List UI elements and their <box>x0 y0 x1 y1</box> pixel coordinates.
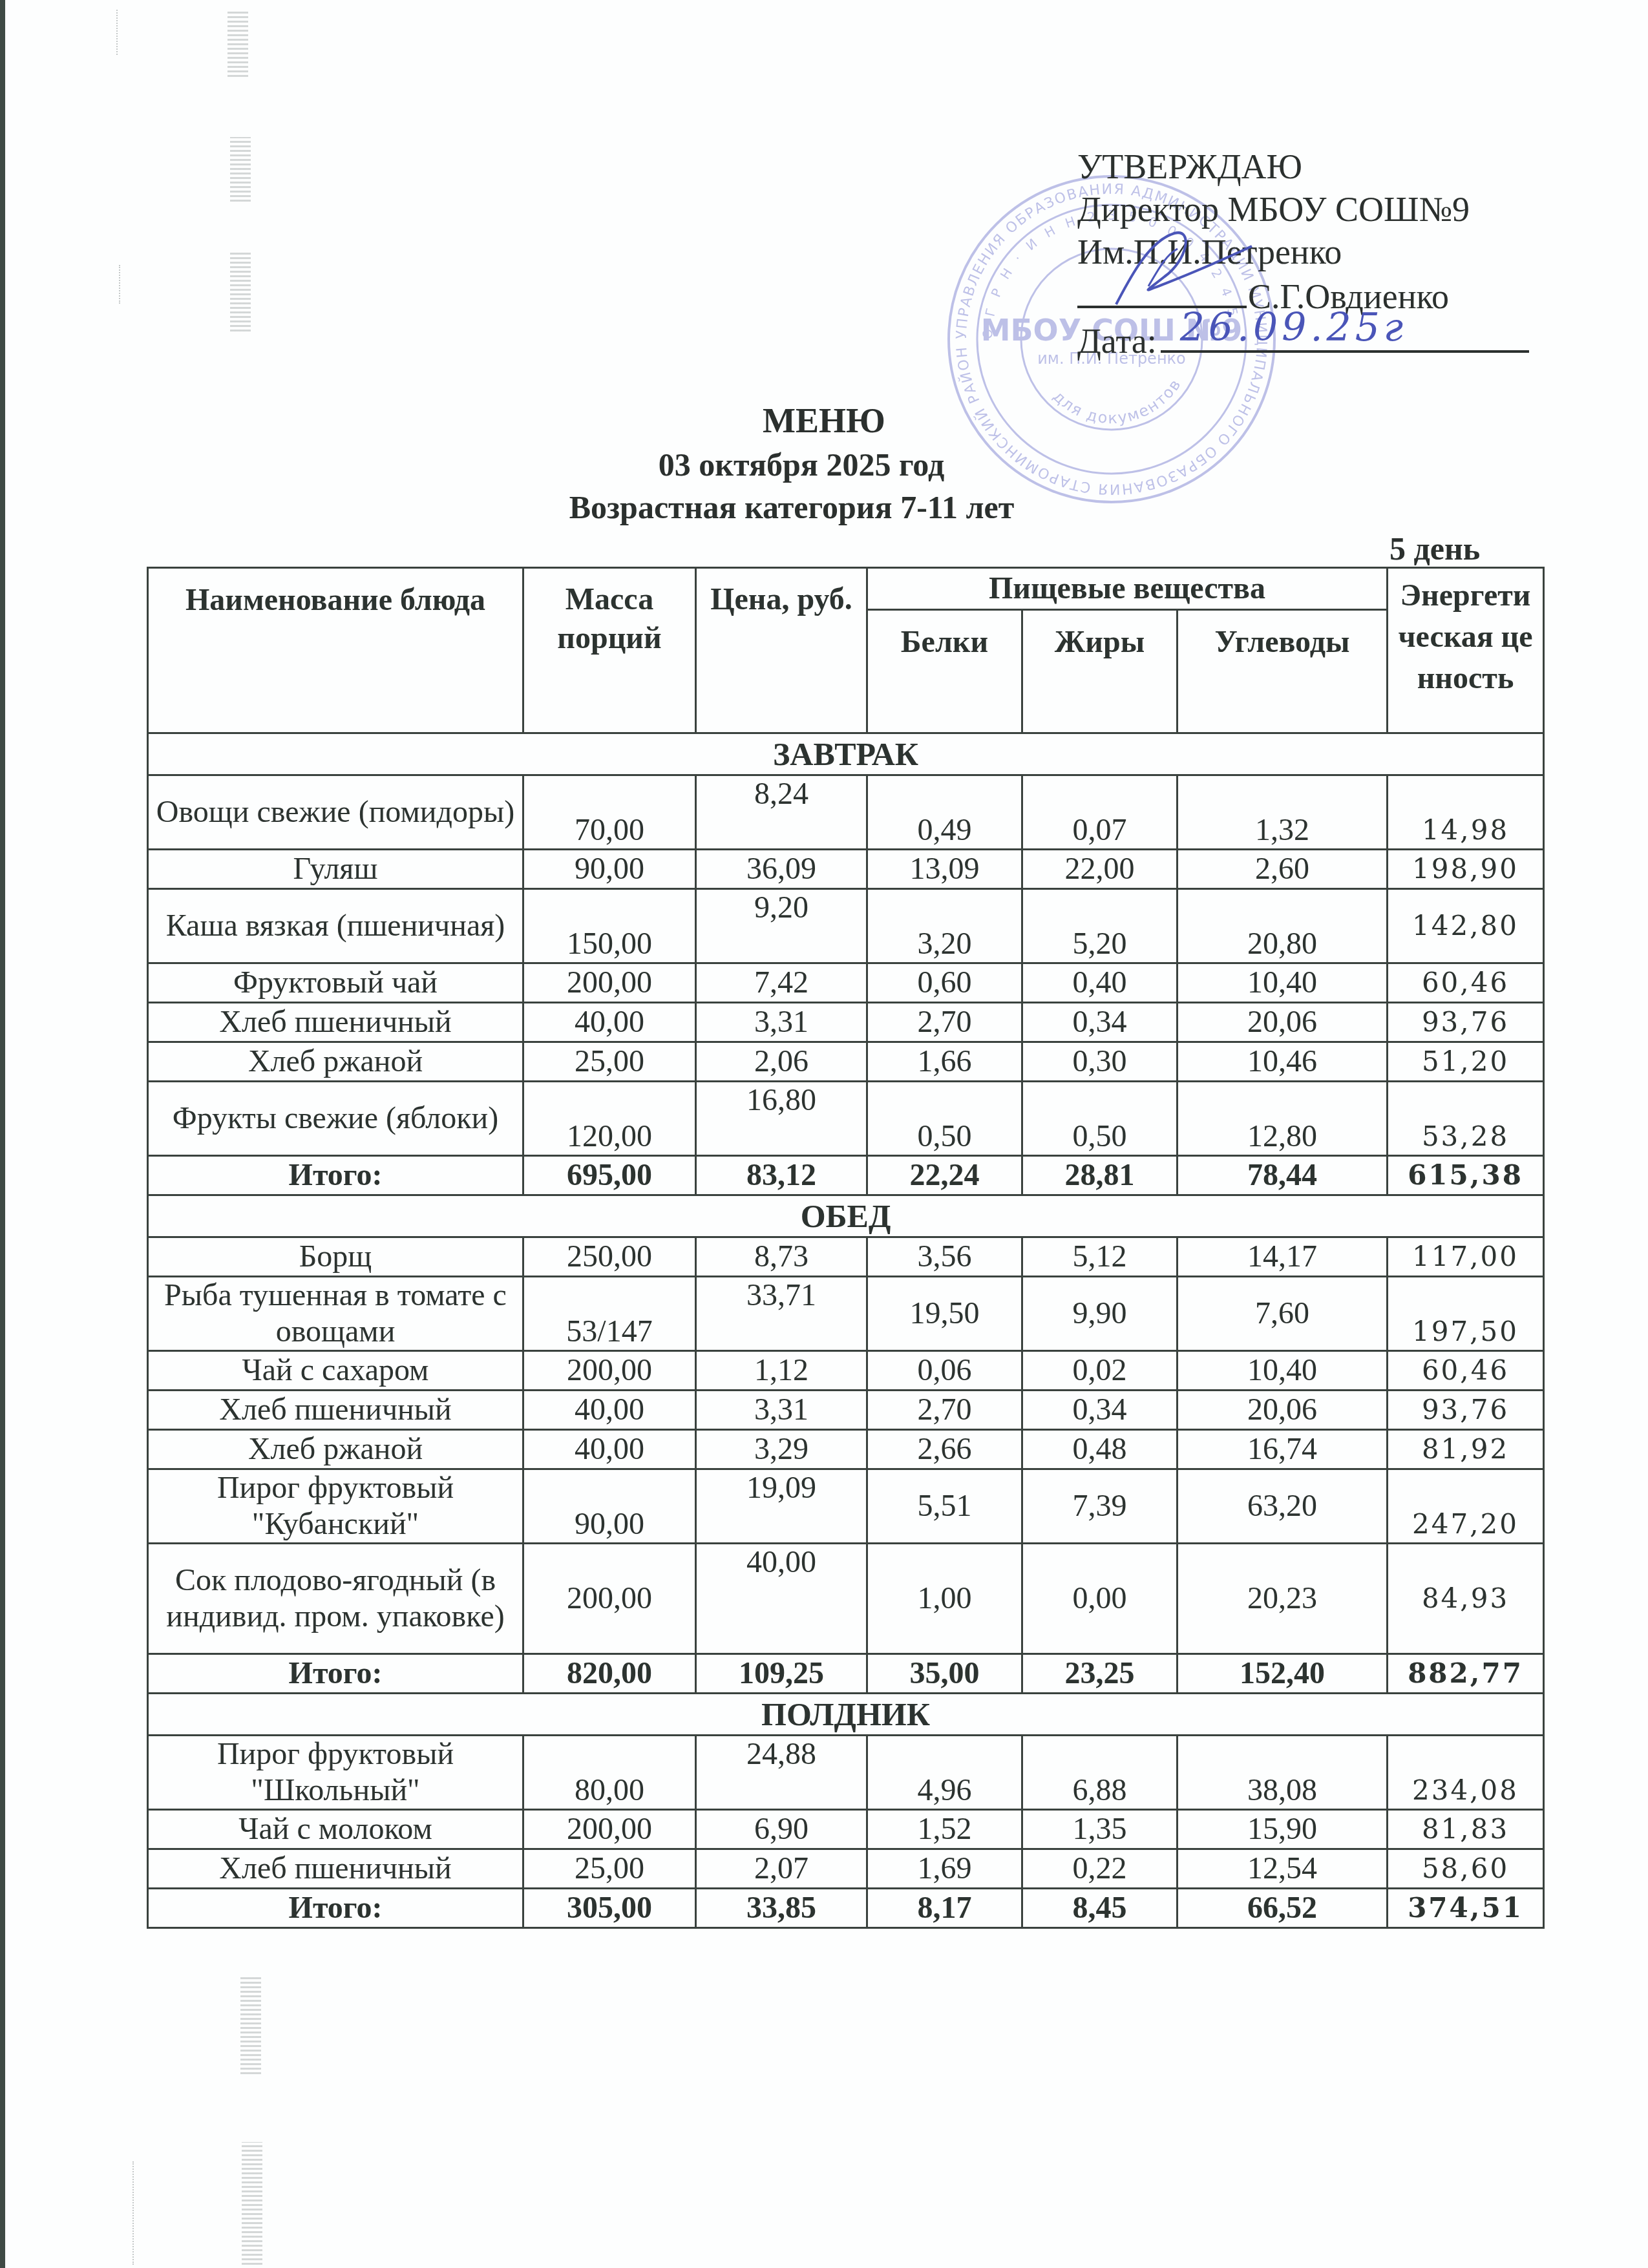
cell-carbs: 14,17 <box>1178 1237 1388 1277</box>
table-row: Борщ250,008,733,565,1214,17117,00 <box>148 1237 1544 1277</box>
cell-price: 3,31 <box>696 1391 867 1430</box>
cell-energy: 84,93 <box>1388 1544 1544 1654</box>
cell-fat: 22,00 <box>1022 850 1178 889</box>
menu-date: 03 октября 2025 год <box>659 446 944 483</box>
cell-carbs: 20,06 <box>1178 1003 1388 1042</box>
total-fat: 23,25 <box>1022 1654 1178 1694</box>
dish-name: Хлеб пшеничный <box>148 1003 523 1042</box>
dish-name: Пирог фруктовый "Кубанский" <box>148 1469 523 1544</box>
section-title: ПОЛДНИК <box>148 1694 1544 1736</box>
table-row: Сок плодово-ягодный (в индивид. пром. уп… <box>148 1544 1544 1654</box>
dish-name: Фрукты свежие (яблоки) <box>148 1082 523 1156</box>
cell-energy: 234,08 <box>1388 1736 1544 1810</box>
cell-energy: 60,46 <box>1388 963 1544 1003</box>
cell-mass: 40,00 <box>523 1430 696 1469</box>
scan-artifact <box>132 2161 160 2265</box>
cell-carbs: 20,80 <box>1178 889 1388 963</box>
section-header-row: ЗАВТРАК <box>148 733 1544 775</box>
total-carbs: 78,44 <box>1178 1156 1388 1195</box>
cell-energy: 198,90 <box>1388 850 1544 889</box>
dish-name: Гуляш <box>148 850 523 889</box>
total-carbs: 66,52 <box>1178 1889 1388 1928</box>
total-price: 83,12 <box>696 1156 867 1195</box>
dish-name: Чай с сахаром <box>148 1351 523 1391</box>
signature-line <box>1077 273 1247 308</box>
cell-price: 6,90 <box>696 1810 867 1849</box>
cell-fat: 0,40 <box>1022 963 1178 1003</box>
cell-energy: 81,83 <box>1388 1810 1544 1849</box>
dish-name: Хлеб ржаной <box>148 1042 523 1082</box>
cell-protein: 1,69 <box>867 1849 1022 1889</box>
menu-table: Наименование блюда Масса порций Цена, ру… <box>147 567 1545 1929</box>
section-title: ОБЕД <box>148 1195 1544 1237</box>
cell-protein: 2,66 <box>867 1430 1022 1469</box>
header-protein: Белки <box>867 610 1022 733</box>
total-label: Итого: <box>148 1654 523 1694</box>
approval-heading: УТВЕРЖДАЮ <box>1077 145 1529 188</box>
total-price: 109,25 <box>696 1654 867 1694</box>
table-row: Фрукты свежие (яблоки)120,0016,800,500,5… <box>148 1082 1544 1156</box>
header-carbs: Углеводы <box>1178 610 1388 733</box>
total-mass: 305,00 <box>523 1889 696 1928</box>
cell-energy: 81,92 <box>1388 1430 1544 1469</box>
date-label: Дата: <box>1077 322 1157 361</box>
dish-name: Хлеб пшеничный <box>148 1849 523 1889</box>
cell-price: 19,09 <box>696 1469 867 1544</box>
cell-mass: 25,00 <box>523 1849 696 1889</box>
cell-protein: 13,09 <box>867 850 1022 889</box>
cell-price: 3,31 <box>696 1003 867 1042</box>
cell-mass: 200,00 <box>523 963 696 1003</box>
cell-energy: 93,76 <box>1388 1391 1544 1430</box>
handwritten-date: 26.09.25г <box>1180 306 1408 349</box>
total-price: 33,85 <box>696 1889 867 1928</box>
cell-price: 7,42 <box>696 963 867 1003</box>
cell-energy: 117,00 <box>1388 1237 1544 1277</box>
total-fat: 8,45 <box>1022 1889 1178 1928</box>
cell-fat: 0,48 <box>1022 1430 1178 1469</box>
cell-mass: 200,00 <box>523 1351 696 1391</box>
cell-protein: 1,00 <box>867 1544 1022 1654</box>
cell-mass: 120,00 <box>523 1082 696 1156</box>
cell-mass: 200,00 <box>523 1544 696 1654</box>
cell-carbs: 10,40 <box>1178 963 1388 1003</box>
cell-fat: 5,20 <box>1022 889 1178 963</box>
table-row: Каша вязкая (пшеничная)150,009,203,205,2… <box>148 889 1544 963</box>
dish-name: Овощи свежие (помидоры) <box>148 775 523 850</box>
cell-energy: 14,98 <box>1388 775 1544 850</box>
cell-fat: 9,90 <box>1022 1277 1178 1351</box>
table-row: Хлеб ржаной25,002,061,660,3010,4651,20 <box>148 1042 1544 1082</box>
total-protein: 35,00 <box>867 1654 1022 1694</box>
section-header-row: ОБЕД <box>148 1195 1544 1237</box>
signature-icon <box>1103 228 1258 306</box>
cell-price: 8,73 <box>696 1237 867 1277</box>
cell-fat: 1,35 <box>1022 1810 1178 1849</box>
header-mass: Масса порций <box>523 568 696 733</box>
cell-price: 3,29 <box>696 1430 867 1469</box>
approval-block: УТВЕРЖДАЮ Директор МБОУ СОШ№9 Им.П.И.Пет… <box>1077 145 1529 362</box>
date-line: 26.09.25г <box>1161 318 1529 353</box>
cell-mass: 90,00 <box>523 1469 696 1544</box>
total-label: Итого: <box>148 1156 523 1195</box>
cell-carbs: 12,80 <box>1178 1082 1388 1156</box>
total-row: Итого:820,00109,2535,0023,25152,40882,77 <box>148 1654 1544 1694</box>
cell-fat: 0,00 <box>1022 1544 1178 1654</box>
cell-energy: 93,76 <box>1388 1003 1544 1042</box>
cell-mass: 25,00 <box>523 1042 696 1082</box>
dish-name: Пирог фруктовый "Школьный" <box>148 1736 523 1810</box>
cell-carbs: 20,06 <box>1178 1391 1388 1430</box>
cell-fat: 0,34 <box>1022 1391 1178 1430</box>
cell-carbs: 38,08 <box>1178 1736 1388 1810</box>
total-carbs: 152,40 <box>1178 1654 1388 1694</box>
table-row: Хлеб ржаной40,003,292,660,4816,7481,92 <box>148 1430 1544 1469</box>
header-name: Наименование блюда <box>148 568 523 733</box>
cell-fat: 0,02 <box>1022 1351 1178 1391</box>
scan-artifact <box>242 2142 262 2265</box>
cell-price: 16,80 <box>696 1082 867 1156</box>
cell-mass: 53/147 <box>523 1277 696 1351</box>
cell-carbs: 7,60 <box>1178 1277 1388 1351</box>
total-energy: 374,51 <box>1388 1889 1544 1928</box>
cell-fat: 0,34 <box>1022 1003 1178 1042</box>
approval-position: Директор МБОУ СОШ№9 <box>1077 188 1529 231</box>
dish-name: Хлеб пшеничный <box>148 1391 523 1430</box>
cell-fat: 0,50 <box>1022 1082 1178 1156</box>
cell-carbs: 12,54 <box>1178 1849 1388 1889</box>
cell-protein: 3,20 <box>867 889 1022 963</box>
dish-name: Чай с молоком <box>148 1810 523 1849</box>
table-row: Чай с сахаром200,001,120,060,0210,4060,4… <box>148 1351 1544 1391</box>
table-row: Хлеб пшеничный40,003,312,700,3420,0693,7… <box>148 1003 1544 1042</box>
cell-fat: 5,12 <box>1022 1237 1178 1277</box>
cell-protein: 4,96 <box>867 1736 1022 1810</box>
age-category: Возрастная категория 7-11 лет <box>569 488 1015 526</box>
header-energy: Энергетическая ценность <box>1388 568 1544 733</box>
cell-energy: 142,80 <box>1388 889 1544 963</box>
cell-fat: 6,88 <box>1022 1736 1178 1810</box>
cell-fat: 0,07 <box>1022 775 1178 850</box>
table-row: Хлеб пшеничный25,002,071,690,2212,5458,6… <box>148 1849 1544 1889</box>
cell-protein: 3,56 <box>867 1237 1022 1277</box>
scan-edge <box>0 0 5 2268</box>
cell-fat: 0,30 <box>1022 1042 1178 1082</box>
page-title: МЕНЮ <box>763 401 885 441</box>
cell-price: 36,09 <box>696 850 867 889</box>
cell-energy: 58,60 <box>1388 1849 1544 1889</box>
total-protein: 8,17 <box>867 1889 1022 1928</box>
total-mass: 695,00 <box>523 1156 696 1195</box>
total-energy: 615,38 <box>1388 1156 1544 1195</box>
section-title: ЗАВТРАК <box>148 733 1544 775</box>
menu-day: 5 день <box>1389 530 1480 567</box>
header-price: Цена, руб. <box>696 568 867 733</box>
cell-protein: 2,70 <box>867 1003 1022 1042</box>
cell-carbs: 1,32 <box>1178 775 1388 850</box>
dish-name: Каша вязкая (пшеничная) <box>148 889 523 963</box>
total-fat: 28,81 <box>1022 1156 1178 1195</box>
total-protein: 22,24 <box>867 1156 1022 1195</box>
cell-carbs: 15,90 <box>1178 1810 1388 1849</box>
cell-energy: 197,50 <box>1388 1277 1544 1351</box>
total-energy: 882,77 <box>1388 1654 1544 1694</box>
cell-mass: 80,00 <box>523 1736 696 1810</box>
cell-mass: 150,00 <box>523 889 696 963</box>
date-row: Дата:26.09.25г <box>1077 318 1529 362</box>
cell-mass: 90,00 <box>523 850 696 889</box>
cell-protein: 0,60 <box>867 963 1022 1003</box>
cell-energy: 247,20 <box>1388 1469 1544 1544</box>
cell-price: 33,71 <box>696 1277 867 1351</box>
cell-price: 1,12 <box>696 1351 867 1391</box>
svg-text:для документов: для документов <box>1050 375 1185 428</box>
scan-artifact <box>240 1977 261 2074</box>
dish-name: Борщ <box>148 1237 523 1277</box>
dish-name: Рыба тушенная в томате с овощами <box>148 1277 523 1351</box>
cell-mass: 250,00 <box>523 1237 696 1277</box>
header-nutrients: Пищевые вещества <box>867 568 1388 610</box>
total-label: Итого: <box>148 1889 523 1928</box>
cell-energy: 60,46 <box>1388 1351 1544 1391</box>
cell-protein: 2,70 <box>867 1391 1022 1430</box>
section-header-row: ПОЛДНИК <box>148 1694 1544 1736</box>
dish-name: Хлеб ржаной <box>148 1430 523 1469</box>
cell-price: 9,20 <box>696 889 867 963</box>
total-mass: 820,00 <box>523 1654 696 1694</box>
cell-protein: 0,06 <box>867 1351 1022 1391</box>
scan-artifact <box>116 10 143 55</box>
dish-name: Сок плодово-ягодный (в индивид. пром. уп… <box>148 1544 523 1654</box>
cell-carbs: 20,23 <box>1178 1544 1388 1654</box>
cell-price: 24,88 <box>696 1736 867 1810</box>
table-row: Пирог фруктовый "Кубанский"90,0019,095,5… <box>148 1469 1544 1544</box>
cell-carbs: 63,20 <box>1178 1469 1388 1544</box>
scan-artifact <box>230 251 251 331</box>
cell-protein: 19,50 <box>867 1277 1022 1351</box>
total-row: Итого:695,0083,1222,2428,8178,44615,38 <box>148 1156 1544 1195</box>
cell-protein: 0,49 <box>867 775 1022 850</box>
cell-energy: 51,20 <box>1388 1042 1544 1082</box>
cell-mass: 40,00 <box>523 1003 696 1042</box>
cell-price: 2,07 <box>696 1849 867 1889</box>
cell-protein: 1,52 <box>867 1810 1022 1849</box>
cell-fat: 7,39 <box>1022 1469 1178 1544</box>
cell-protein: 5,51 <box>867 1469 1022 1544</box>
cell-price: 8,24 <box>696 775 867 850</box>
scan-artifact <box>227 9 248 77</box>
cell-mass: 40,00 <box>523 1391 696 1430</box>
cell-price: 40,00 <box>696 1544 867 1654</box>
cell-carbs: 10,46 <box>1178 1042 1388 1082</box>
cell-mass: 70,00 <box>523 775 696 850</box>
dish-name: Фруктовый чай <box>148 963 523 1003</box>
cell-protein: 1,66 <box>867 1042 1022 1082</box>
scan-artifact <box>119 265 146 304</box>
table-row: Чай с молоком200,006,901,521,3515,9081,8… <box>148 1810 1544 1849</box>
cell-protein: 0,50 <box>867 1082 1022 1156</box>
cell-energy: 53,28 <box>1388 1082 1544 1156</box>
table-row: Фруктовый чай200,007,420,600,4010,4060,4… <box>148 963 1544 1003</box>
table-row: Хлеб пшеничный40,003,312,700,3420,0693,7… <box>148 1391 1544 1430</box>
total-row: Итого:305,0033,858,178,4566,52374,51 <box>148 1889 1544 1928</box>
table-row: Рыба тушенная в томате с овощами53/14733… <box>148 1277 1544 1351</box>
table-row: Пирог фруктовый "Школьный"80,0024,884,96… <box>148 1736 1544 1810</box>
cell-carbs: 2,60 <box>1178 850 1388 889</box>
table-row: Гуляш90,0036,0913,0922,002,60198,90 <box>148 850 1544 889</box>
cell-carbs: 16,74 <box>1178 1430 1388 1469</box>
cell-fat: 0,22 <box>1022 1849 1178 1889</box>
table-row: Овощи свежие (помидоры)70,008,240,490,07… <box>148 775 1544 850</box>
cell-mass: 200,00 <box>523 1810 696 1849</box>
cell-price: 2,06 <box>696 1042 867 1082</box>
scan-artifact <box>230 137 251 202</box>
header-fat: Жиры <box>1022 610 1178 733</box>
cell-carbs: 10,40 <box>1178 1351 1388 1391</box>
